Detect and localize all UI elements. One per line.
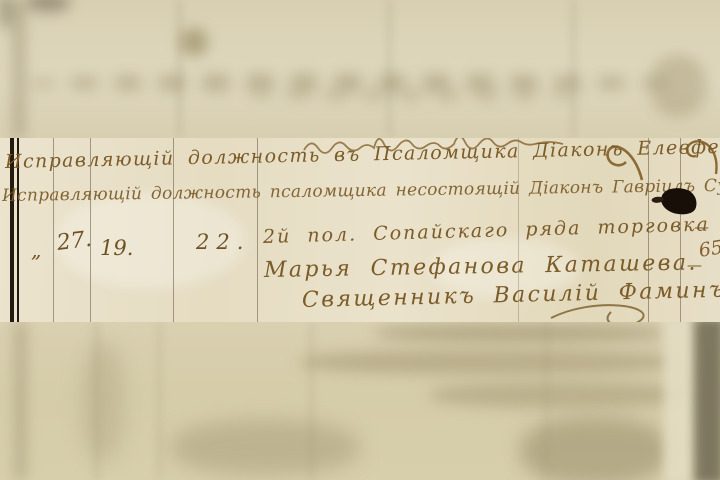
blurred-column-rule xyxy=(388,0,391,138)
blurred-ink-mark xyxy=(2,0,10,26)
blurred-handwriting-smudge xyxy=(250,88,590,102)
page-edge-light-strip xyxy=(664,322,696,480)
blurred-page-top xyxy=(0,0,720,138)
officiant-line-2: Исправляющій должность псаломщика несост… xyxy=(2,177,720,205)
blurred-column-rule xyxy=(178,0,181,138)
cell-value-2: 19. xyxy=(100,238,133,259)
blurred-column-rule xyxy=(158,322,161,480)
blurred-handwriting-smudge xyxy=(82,342,124,462)
manuscript-photo: Исправляющій должность въ Псаломщика Діа… xyxy=(0,0,720,480)
blurred-handwriting-smudge xyxy=(170,420,360,475)
blurred-handwriting-smudge xyxy=(650,55,706,117)
signature-flourish xyxy=(545,304,675,322)
blurred-gutter-line xyxy=(16,322,25,480)
margin-dash-top: — xyxy=(694,220,709,235)
blurred-column-rule xyxy=(572,0,575,138)
blurred-ink-blob xyxy=(180,28,208,56)
cell-value-3: 22. xyxy=(196,232,250,253)
register-fragment: Исправляющій должность въ Псаломщика Діа… xyxy=(0,138,720,322)
blurred-handwriting-smudge xyxy=(430,382,690,408)
blurred-handwriting-smudge xyxy=(300,350,680,374)
page-edge-shadow xyxy=(694,322,720,480)
blurred-gutter-line xyxy=(14,0,24,138)
cell-ditto-mark: „ xyxy=(31,240,41,260)
blurred-handwriting-smudge xyxy=(520,417,670,480)
cell-value-1: 27. xyxy=(56,229,93,255)
blurred-handwriting-smudge xyxy=(375,324,665,342)
margin-dash-bottom: — xyxy=(687,258,702,273)
blurred-ink-curl xyxy=(26,0,70,12)
blurred-page-bottom xyxy=(0,322,720,480)
entry-line-2: Марья Стефанова Каташева. xyxy=(264,252,698,282)
